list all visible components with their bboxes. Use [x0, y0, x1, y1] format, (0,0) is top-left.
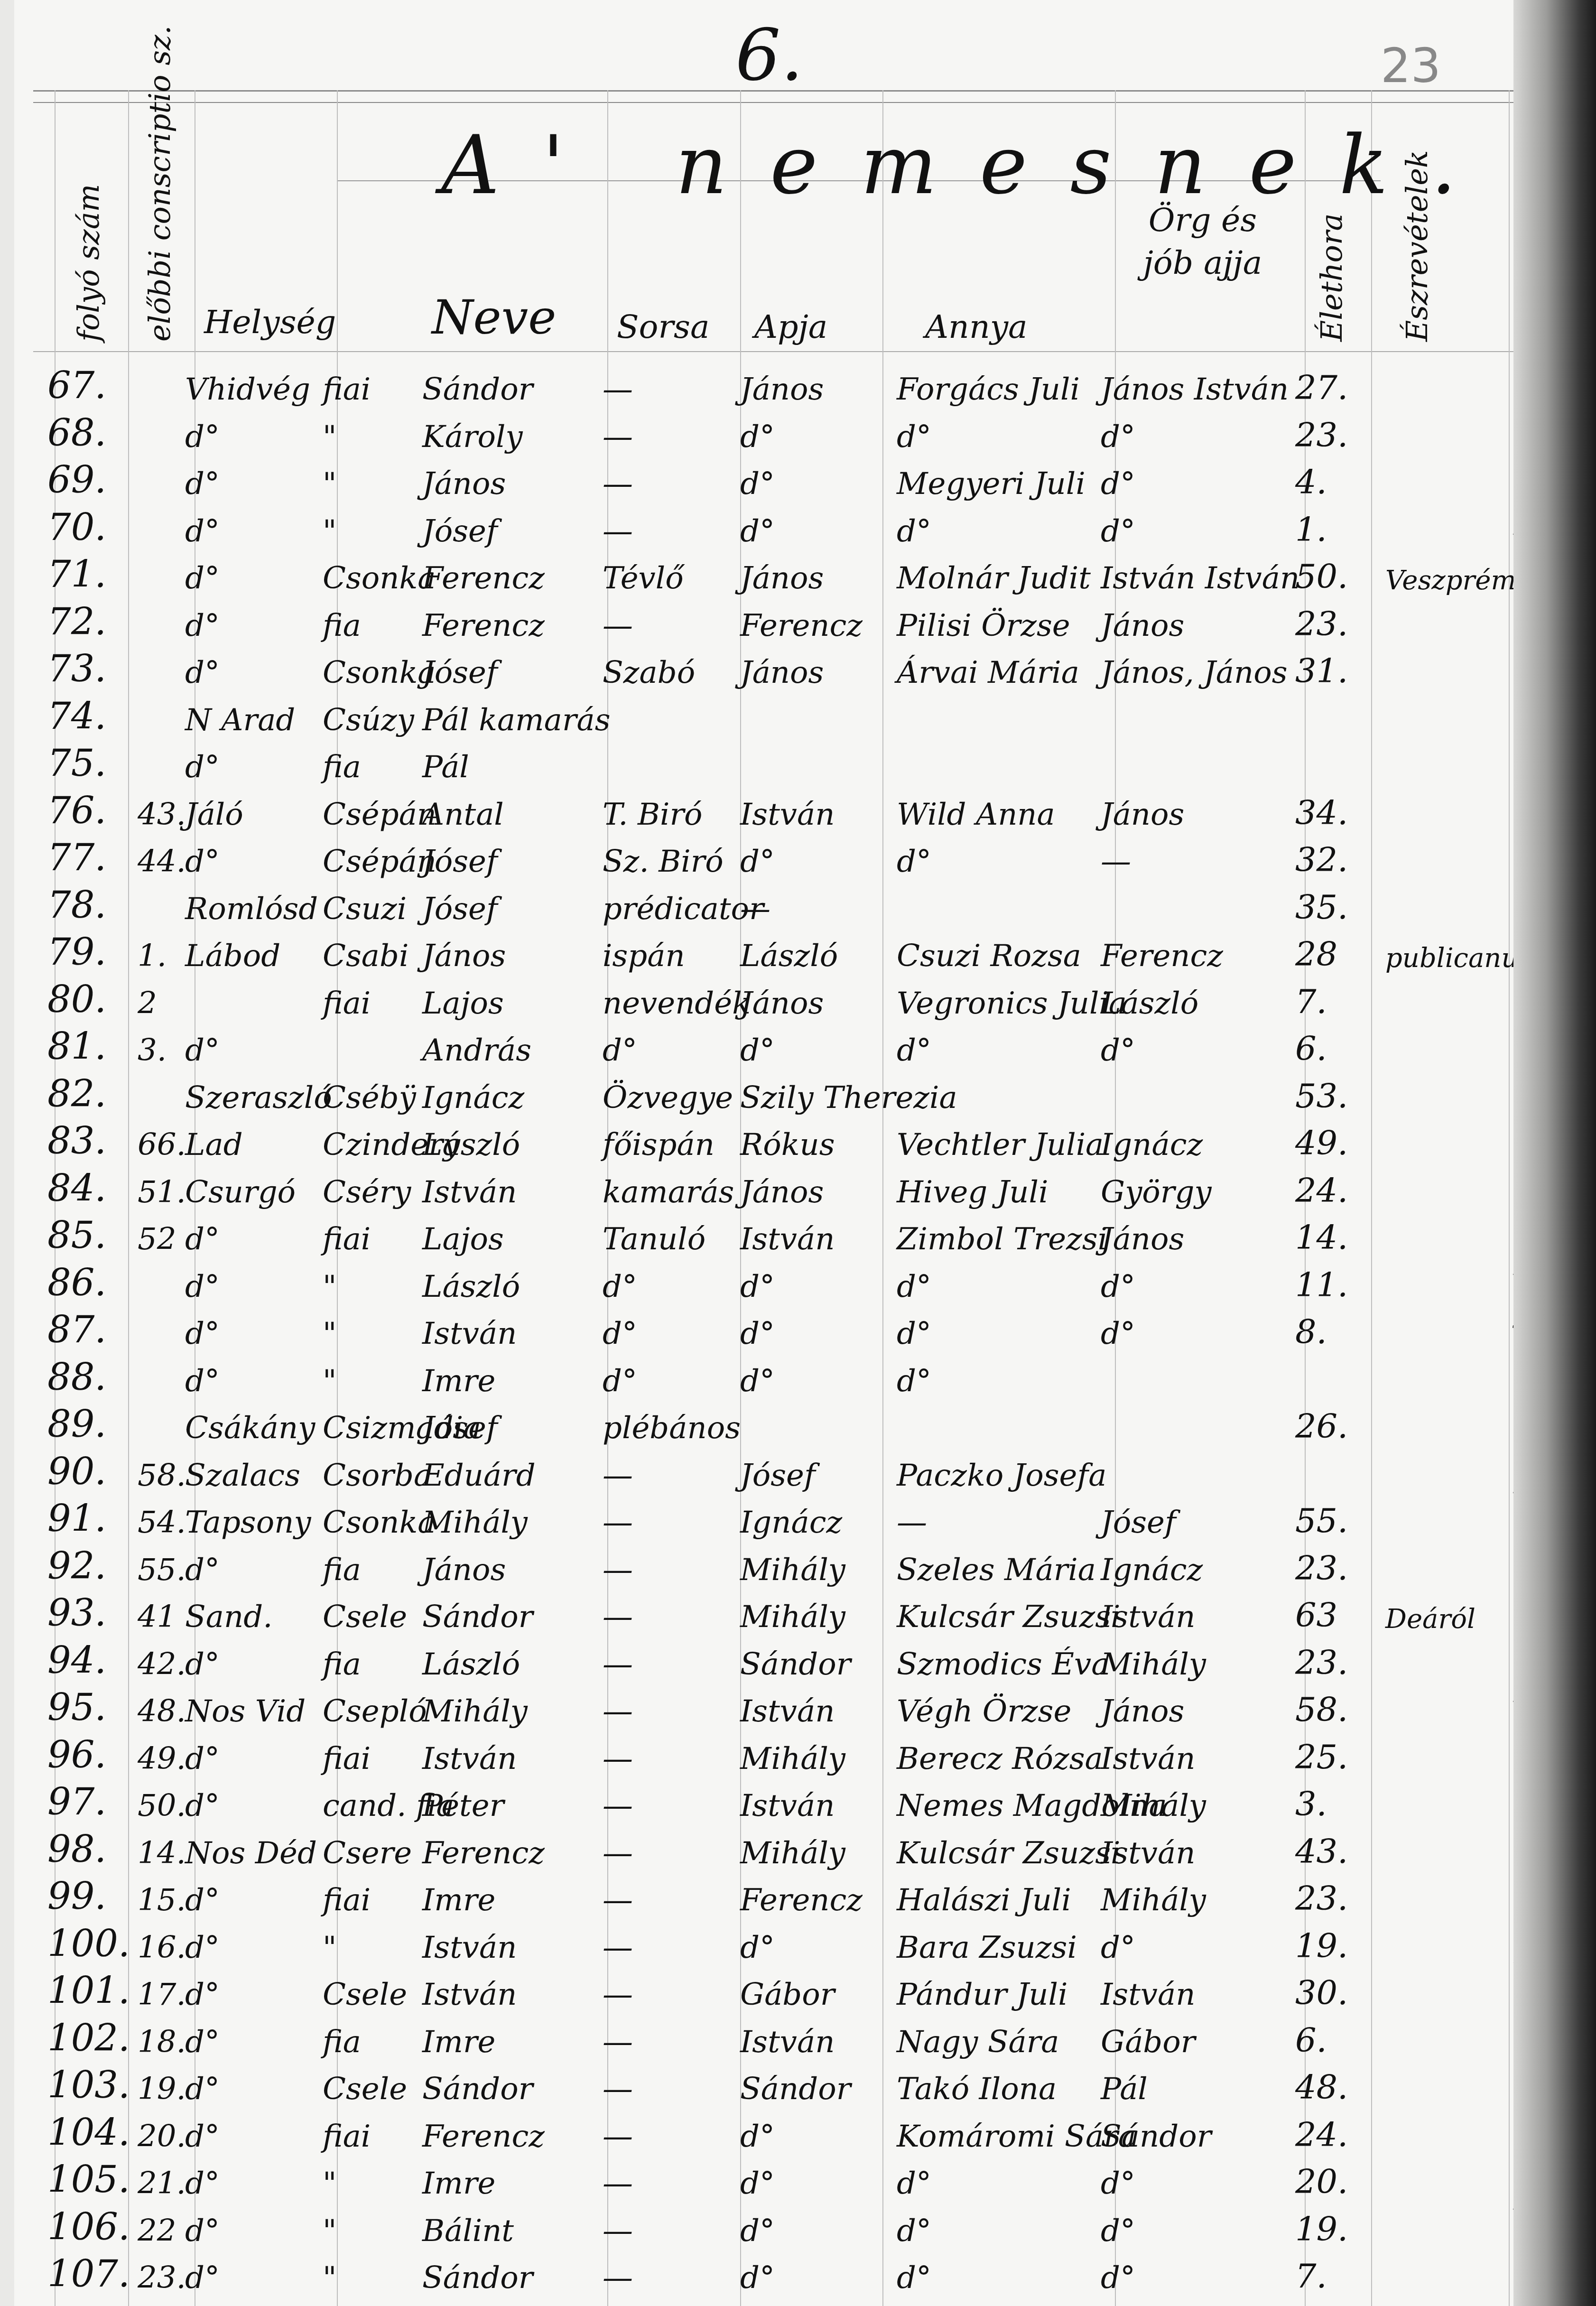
cell-age: 3. [1295, 1785, 1327, 1823]
cell-num: 105. [47, 2158, 130, 2201]
cell-father: d° [740, 844, 775, 879]
header-name: Neve [432, 289, 556, 345]
cell-gf: Mihály [1101, 1647, 1206, 1682]
cell-age: 48. [1295, 2068, 1348, 2107]
cell-age: 6. [1295, 2021, 1327, 2060]
cell-age: 27. [1295, 368, 1348, 407]
header-age: Élethora [1314, 213, 1349, 342]
cell-prev: 55. [138, 1553, 186, 1588]
cell-age: 14. [1295, 1218, 1348, 1257]
cell-num: 81. [47, 1025, 106, 1068]
cell-place: Szeraszló [185, 1080, 332, 1116]
cell-status: T. Biró [603, 797, 703, 832]
cell-name1: Csúzy [323, 703, 414, 738]
cell-father: d° [740, 419, 775, 455]
cell-name1: fia [323, 1647, 361, 1682]
cell-num: 93. [47, 1592, 106, 1635]
cell-father: d° [740, 1316, 775, 1351]
cell-mother: Takó Ilona [897, 2072, 1057, 2107]
cell-gf: János, János [1101, 655, 1288, 690]
cell-name2: Sándor [422, 372, 533, 407]
cell-prev: 22 [138, 2213, 176, 2249]
table-row: 98.14.Nos DédCsereFerencz—MihályKulcsár … [14, 1829, 1513, 1875]
table-row: 105.21.d°"Imre—d°d°d°20. [14, 2159, 1513, 2205]
cell-mother: Vechtler Julia [897, 1127, 1104, 1162]
cell-place: d° [185, 1316, 220, 1351]
cell-place: d° [185, 750, 220, 785]
cell-gf: Pál [1101, 2072, 1148, 2107]
cell-age: 4. [1295, 463, 1327, 502]
cell-status: — [603, 1647, 633, 1682]
cell-name2: Pál kamarás [422, 703, 611, 738]
cell-mother: d° [897, 1364, 931, 1399]
cell-place: Romlósd [185, 892, 318, 927]
cell-prev: 21. [138, 2166, 186, 2201]
cell-father: István [740, 2025, 835, 2060]
cell-name2: Eduárd [422, 1458, 536, 1493]
cell-gf: d° [1101, 2213, 1135, 2249]
cell-name2: Imre [422, 2025, 495, 2060]
cell-mother: Berecz Rózsa [897, 1741, 1103, 1776]
cell-mother: Szeles Mária [897, 1553, 1096, 1588]
cell-name2: Imre [422, 1364, 495, 1399]
cell-place: d° [185, 419, 220, 455]
cell-gf: Mihály [1101, 1883, 1206, 1918]
cell-place: Vhidvég [185, 372, 310, 407]
table-row: 100.16.d°"István—d°Bara Zsuzsid°19. [14, 1924, 1513, 1969]
cell-mother: Megyeri Juli [897, 466, 1086, 502]
cell-num: 103. [47, 2064, 130, 2107]
cell-father: István [740, 1788, 835, 1823]
cell-father: d° [740, 2213, 775, 2249]
section-title: A' nemesnek. [441, 119, 1499, 213]
cell-name1: Csonka [323, 561, 436, 596]
table-row: 83.66.LadCzinderyLászlófőispánRókusVecht… [14, 1121, 1513, 1166]
cell-name2: Sándor [422, 2072, 533, 2107]
cell-name2: Ferencz [422, 608, 545, 643]
cell-place: d° [185, 2072, 220, 2107]
table-row: 103.19.d°CseleSándor—SándorTakó IlonaPál… [14, 2065, 1513, 2111]
header-status: Sorsa [617, 308, 709, 346]
cell-gf: d° [1101, 1033, 1135, 1068]
cell-place: Lad [185, 1127, 243, 1162]
cell-prev: 54. [138, 1505, 186, 1540]
cell-prev: 50. [138, 1788, 186, 1823]
table-row: 104.20.d°fiaiFerencz—d°Komáromi SáraSánd… [14, 2112, 1513, 2158]
cell-gf: István [1101, 1599, 1195, 1635]
table-row: 106.22d°"Bálint—d°d°d°19. [14, 2207, 1513, 2252]
table-row: 87.d°"Istvánd°d°d°d°8. [14, 1310, 1513, 1355]
cell-prev: 14. [138, 1836, 186, 1871]
cell-age: 6. [1295, 1029, 1327, 1068]
cell-place: Csurgó [185, 1175, 296, 1210]
cell-place: d° [185, 2166, 220, 2201]
cell-name2: Jósef [422, 844, 498, 879]
cell-mother: Vegronics Julia [897, 986, 1127, 1021]
cell-status: Sz. Biró [603, 844, 724, 879]
cell-gf: d° [1101, 1269, 1135, 1304]
cell-num: 78. [47, 884, 106, 927]
cell-prev: 16. [138, 1930, 186, 1965]
cell-status: — [603, 2072, 633, 2107]
cell-num: 97. [47, 1781, 106, 1823]
table-row: 91.54.TapsonyCsonkaMihály—Ignácz—Jósef55… [14, 1498, 1513, 1544]
cell-name1: Csele [323, 1599, 407, 1635]
header-running-number: folyó szám [71, 184, 106, 342]
cell-place: d° [185, 1883, 220, 1918]
cell-status: d° [603, 1364, 637, 1399]
cell-name1: Csorba [323, 1458, 432, 1493]
cell-status: plébános [603, 1411, 741, 1446]
cell-num: 98. [47, 1828, 106, 1871]
cell-num: 68. [47, 412, 106, 455]
cell-gf: d° [1101, 514, 1135, 549]
cell-num: 94. [47, 1639, 106, 1682]
cell-name1: Csuzi [323, 892, 407, 927]
cell-prev: 20. [138, 2119, 186, 2154]
cell-name2: Bálint [422, 2213, 514, 2249]
cell-mother: Nagy Sára [897, 2025, 1059, 2060]
table-row: 79.1.LábodCsabiJánosispánLászlóCsuzi Roz… [14, 932, 1513, 977]
cell-prev: 19. [138, 2072, 186, 2107]
cell-name2: Jósef [422, 655, 498, 690]
cell-gf: György [1101, 1175, 1212, 1210]
table-row: 94.42.d°fiaLászló—SándorSzmodics ÉvaMihá… [14, 1640, 1513, 1686]
cell-father: János [740, 1175, 824, 1210]
cell-name1: fiai [323, 1741, 371, 1776]
table-row: 97.50.d°cand. fiaPéter—IstvánNemes Magdo… [14, 1782, 1513, 1827]
cell-status: — [603, 419, 633, 455]
cell-place: d° [185, 1269, 220, 1304]
cell-place: Nos Vid [185, 1694, 306, 1729]
cell-num: 99. [47, 1875, 106, 1918]
table-row: 71.d°CsonkaFerenczTévlőJánosMolnár Judit… [14, 554, 1513, 600]
table-row: 93.41Sand.CseleSándor—MihályKulcsár Zsuz… [14, 1593, 1513, 1638]
cell-num: 72. [47, 601, 106, 643]
cell-place: d° [185, 466, 220, 502]
cell-place: d° [185, 2119, 220, 2154]
cell-gf: János [1101, 1222, 1184, 1257]
header-previous-number: előbbi conscriptio sz. [142, 26, 177, 342]
folio-number: 23 [1381, 38, 1441, 93]
table-row: 82.SzeraszlóCsébÿIgnáczÖzvegyeSzily Ther… [14, 1074, 1513, 1119]
cell-gf: Gábor [1101, 2025, 1195, 2060]
cell-status: kamarás [603, 1175, 734, 1210]
cell-name2: Mihály [422, 1694, 528, 1729]
cell-age: 55. [1295, 1501, 1348, 1540]
cell-prev: 3. [138, 1033, 167, 1068]
cell-status: — [603, 466, 633, 502]
cell-place: d° [185, 844, 220, 879]
table-row: 84.51.CsurgóCséryIstvánkamarásJánosHiveg… [14, 1168, 1513, 1214]
cell-name1: " [323, 466, 336, 502]
header-father: Apja [754, 308, 827, 346]
cell-name1: Csépán [323, 844, 436, 879]
cell-father: Rókus [740, 1127, 835, 1162]
cell-status: főispán [603, 1127, 714, 1162]
table-row: 75.d°fiaPál [14, 743, 1513, 789]
cell-num: 101. [47, 1970, 130, 2012]
cell-name2: Jósef [422, 514, 498, 549]
cell-gf: Ferencz [1101, 939, 1223, 974]
cell-num: 74. [47, 695, 106, 738]
cell-place: d° [185, 514, 220, 549]
cell-place: Csákány [185, 1411, 315, 1446]
cell-father: Ignácz [740, 1505, 842, 1540]
cell-num: 88. [47, 1356, 106, 1399]
cell-mother: d° [897, 2166, 931, 2201]
cell-father: János [740, 655, 824, 690]
cell-status: — [603, 1505, 633, 1540]
cell-name2: Ignácz [422, 1080, 524, 1116]
cell-name1: Csepló [323, 1694, 427, 1729]
cell-num: 86. [47, 1262, 106, 1304]
cell-gf: Ignácz [1101, 1553, 1203, 1588]
cell-place: d° [185, 1977, 220, 2012]
cell-mother: d° [897, 2213, 931, 2249]
cell-num: 90. [47, 1451, 106, 1493]
cell-father: János [740, 372, 824, 407]
cell-mother: Végh Örzse [897, 1694, 1071, 1729]
cell-name2: István [422, 1316, 517, 1351]
cell-status: — [603, 608, 633, 643]
cell-place: d° [185, 2213, 220, 2249]
cell-prev: 58. [138, 1458, 186, 1493]
page-number: 6. [735, 14, 803, 97]
cell-name2: Péter [422, 1788, 504, 1823]
cell-status: Szabó [603, 655, 695, 690]
header-mother: Annya [925, 308, 1028, 346]
cell-mother: Árvai Mária [897, 655, 1079, 690]
cell-father: d° [740, 514, 775, 549]
cell-father: István [740, 1694, 835, 1729]
cell-gf: d° [1101, 2166, 1135, 2201]
cell-place: d° [185, 1741, 220, 1776]
cell-mother: d° [897, 2260, 931, 2296]
cell-mother: Hiveg Juli [897, 1175, 1048, 1210]
cell-place: Jáló [185, 797, 243, 832]
cell-place: d° [185, 1364, 220, 1399]
cell-place: d° [185, 1222, 220, 1257]
cell-status: d° [603, 1033, 637, 1068]
cell-name1: fia [323, 2025, 361, 2060]
cell-status: — [603, 1977, 633, 2012]
cell-status: — [603, 2025, 633, 2060]
table-row: 95.48.Nos VidCseplóMihály—IstvánVégh Örz… [14, 1687, 1513, 1733]
cell-father: János [740, 561, 824, 596]
cell-gf: d° [1101, 1930, 1135, 1965]
cell-num: 104. [47, 2111, 130, 2154]
cell-mother: Szmodics Éva [897, 1647, 1109, 1682]
cell-place: d° [185, 2260, 220, 2296]
table-row: 101.17.d°CseleIstván—GáborPándur JuliIst… [14, 1971, 1513, 2016]
cell-num: 87. [47, 1309, 106, 1351]
cell-status: d° [603, 1316, 637, 1351]
cell-age: 23. [1295, 1643, 1348, 1682]
cell-gf: Ignácz [1101, 1127, 1203, 1162]
cell-prev: 66. [138, 1127, 186, 1162]
cell-father: László [740, 939, 838, 974]
cell-mother: Kulcsár Zsuzsi [897, 1836, 1120, 1871]
cell-age: 26. [1295, 1407, 1348, 1446]
table-row: 88.d°"Imred°d°d° [14, 1357, 1513, 1403]
table-row: 78.RomlósdCsuziJósefprédicator—35. [14, 885, 1513, 930]
cell-name1: fiai [323, 372, 371, 407]
cell-status: Tanuló [603, 1222, 705, 1257]
cell-name2: Ferencz [422, 561, 545, 596]
cell-name2: István [422, 1741, 517, 1776]
cell-name1: Csonka [323, 655, 436, 690]
cell-prev: 2 [138, 986, 157, 1021]
cell-gf: d° [1101, 419, 1135, 455]
cell-gf: d° [1101, 466, 1135, 502]
cell-age: 30. [1295, 1973, 1348, 2012]
cell-name2: László [422, 1127, 520, 1162]
cell-prev: 41 [138, 1599, 176, 1635]
cell-num: 92. [47, 1545, 106, 1588]
cell-num: 79. [47, 931, 106, 974]
cell-father: d° [740, 466, 775, 502]
cell-name1: fiai [323, 1883, 371, 1918]
cell-gf: János [1101, 797, 1184, 832]
cell-name2: Imre [422, 1883, 495, 1918]
cell-gf: János [1101, 1694, 1184, 1729]
cell-age: 32. [1295, 840, 1348, 879]
cell-prev: 43. [138, 797, 186, 832]
cell-gf: János István [1101, 372, 1289, 407]
cell-note: Deáról [1385, 1604, 1475, 1635]
cell-name1: Csere [323, 1836, 412, 1871]
cell-name2: János [422, 1553, 506, 1588]
cell-status: — [603, 1788, 633, 1823]
cell-father: d° [740, 1930, 775, 1965]
cell-age: 53. [1295, 1077, 1348, 1116]
cell-status: — [603, 1883, 633, 1918]
cell-age: 34. [1295, 793, 1348, 832]
cell-name1: fiai [323, 986, 371, 1021]
cell-place: d° [185, 655, 220, 690]
cell-gf: d° [1101, 1316, 1135, 1351]
cell-num: 106. [47, 2206, 130, 2249]
cell-prev: 44. [138, 844, 186, 879]
cell-age: 23. [1295, 416, 1348, 455]
cell-place: d° [185, 1788, 220, 1823]
cell-father: Szily Therezia [740, 1080, 957, 1116]
cell-age: 63 [1295, 1596, 1337, 1635]
cell-prev: 48. [138, 1694, 186, 1729]
cell-age: 31. [1295, 651, 1348, 690]
table-row: 70.d°"Jósef—d°d°d°1. [14, 507, 1513, 553]
register-page: 6. 23 A' nemesnek. folyó szám előbbi con… [14, 0, 1513, 2306]
table-row: 99.15.d°fiaiImre—FerenczHalászi JuliMihá… [14, 1876, 1513, 1922]
cell-prev: 17. [138, 1977, 186, 2012]
cell-prev: 15. [138, 1883, 186, 1918]
cell-num: 96. [47, 1734, 106, 1776]
cell-name2: Imre [422, 2166, 495, 2201]
cell-place: d° [185, 608, 220, 643]
cell-mother: d° [897, 844, 931, 879]
cell-status: — [603, 1694, 633, 1729]
cell-name1: Cséry [323, 1175, 411, 1210]
cell-status: — [603, 2166, 633, 2201]
table-row: 74.N AradCsúzyPál kamarás [14, 696, 1513, 742]
cell-num: 82. [47, 1073, 106, 1116]
cell-age: 50. [1295, 557, 1348, 596]
cell-mother: Kulcsár Zsuzsi [897, 1599, 1120, 1635]
cell-prev: 23. [138, 2260, 186, 2296]
cell-mother: d° [897, 514, 931, 549]
cell-father: Gábor [740, 1977, 835, 2012]
cell-name1: fiai [323, 2119, 371, 2154]
cell-age: 23. [1295, 604, 1348, 643]
cell-status: prédicator [603, 892, 764, 927]
cell-num: 83. [47, 1120, 106, 1162]
cell-status: — [603, 1741, 633, 1776]
cell-mother: Wild Anna [897, 797, 1055, 832]
cell-father: d° [740, 1364, 775, 1399]
cell-gf: d° [1101, 2260, 1135, 2296]
cell-status: — [603, 2119, 633, 2154]
cell-place: d° [185, 561, 220, 596]
cell-father: Sándor [740, 1647, 851, 1682]
cell-name2: István [422, 1977, 517, 2012]
cell-name1: fia [323, 750, 361, 785]
cell-father: d° [740, 2166, 775, 2201]
cell-num: 71. [47, 553, 106, 596]
cell-num: 77. [47, 837, 106, 879]
cell-age: 19. [1295, 1926, 1348, 1965]
cell-num: 70. [47, 506, 106, 549]
cell-name1: " [323, 2260, 336, 2296]
cell-father: Mihály [740, 1836, 845, 1871]
cell-name1: " [323, 514, 336, 549]
cell-num: 69. [47, 459, 106, 502]
cell-mother: Zimbol Trezsi [897, 1222, 1107, 1257]
cell-age: 35. [1295, 888, 1348, 927]
cell-prev: 51. [138, 1175, 186, 1210]
cell-name1: fia [323, 1553, 361, 1588]
table-row: 72.d°fiaFerencz—FerenczPilisi ÖrzseJános… [14, 602, 1513, 647]
header-grandfather: Örg és jób ajja [1124, 199, 1281, 285]
table-row: 90.58.SzalacsCsorbaEduárd—JósefPaczko Jo… [14, 1451, 1513, 1497]
cell-status: d° [603, 1269, 637, 1304]
cell-mother: Forgács Juli [897, 372, 1080, 407]
cell-name2: Pál [422, 750, 469, 785]
cell-father: István [740, 797, 835, 832]
cell-name1: " [323, 2213, 336, 2249]
cell-father: Mihály [740, 1553, 845, 1588]
cell-name2: Károly [422, 419, 523, 455]
cell-name1: Csépán [323, 797, 436, 832]
cell-age: 7. [1295, 982, 1327, 1021]
cell-place: d° [185, 2025, 220, 2060]
cell-status: — [603, 1930, 633, 1965]
cell-name2: László [422, 1269, 520, 1304]
cell-age: 8. [1295, 1312, 1327, 1351]
cell-age: 24. [1295, 1171, 1348, 1210]
cell-father: d° [740, 1269, 775, 1304]
table-row: 96.49.d°fiaiIstván—MihályBerecz RózsaIst… [14, 1735, 1513, 1780]
cell-status: — [603, 2213, 633, 2249]
table-row: 89.CsákányCsizmadiaJósefplébános26. [14, 1404, 1513, 1450]
cell-name2: Sándor [422, 2260, 533, 2296]
cell-name2: Antal [422, 797, 504, 832]
cell-name2: István [422, 1175, 517, 1210]
cell-num: 89. [47, 1403, 106, 1446]
cell-name2: Mihály [422, 1505, 528, 1540]
cell-name2: Jósef [422, 1411, 498, 1446]
cell-num: 73. [47, 648, 106, 690]
